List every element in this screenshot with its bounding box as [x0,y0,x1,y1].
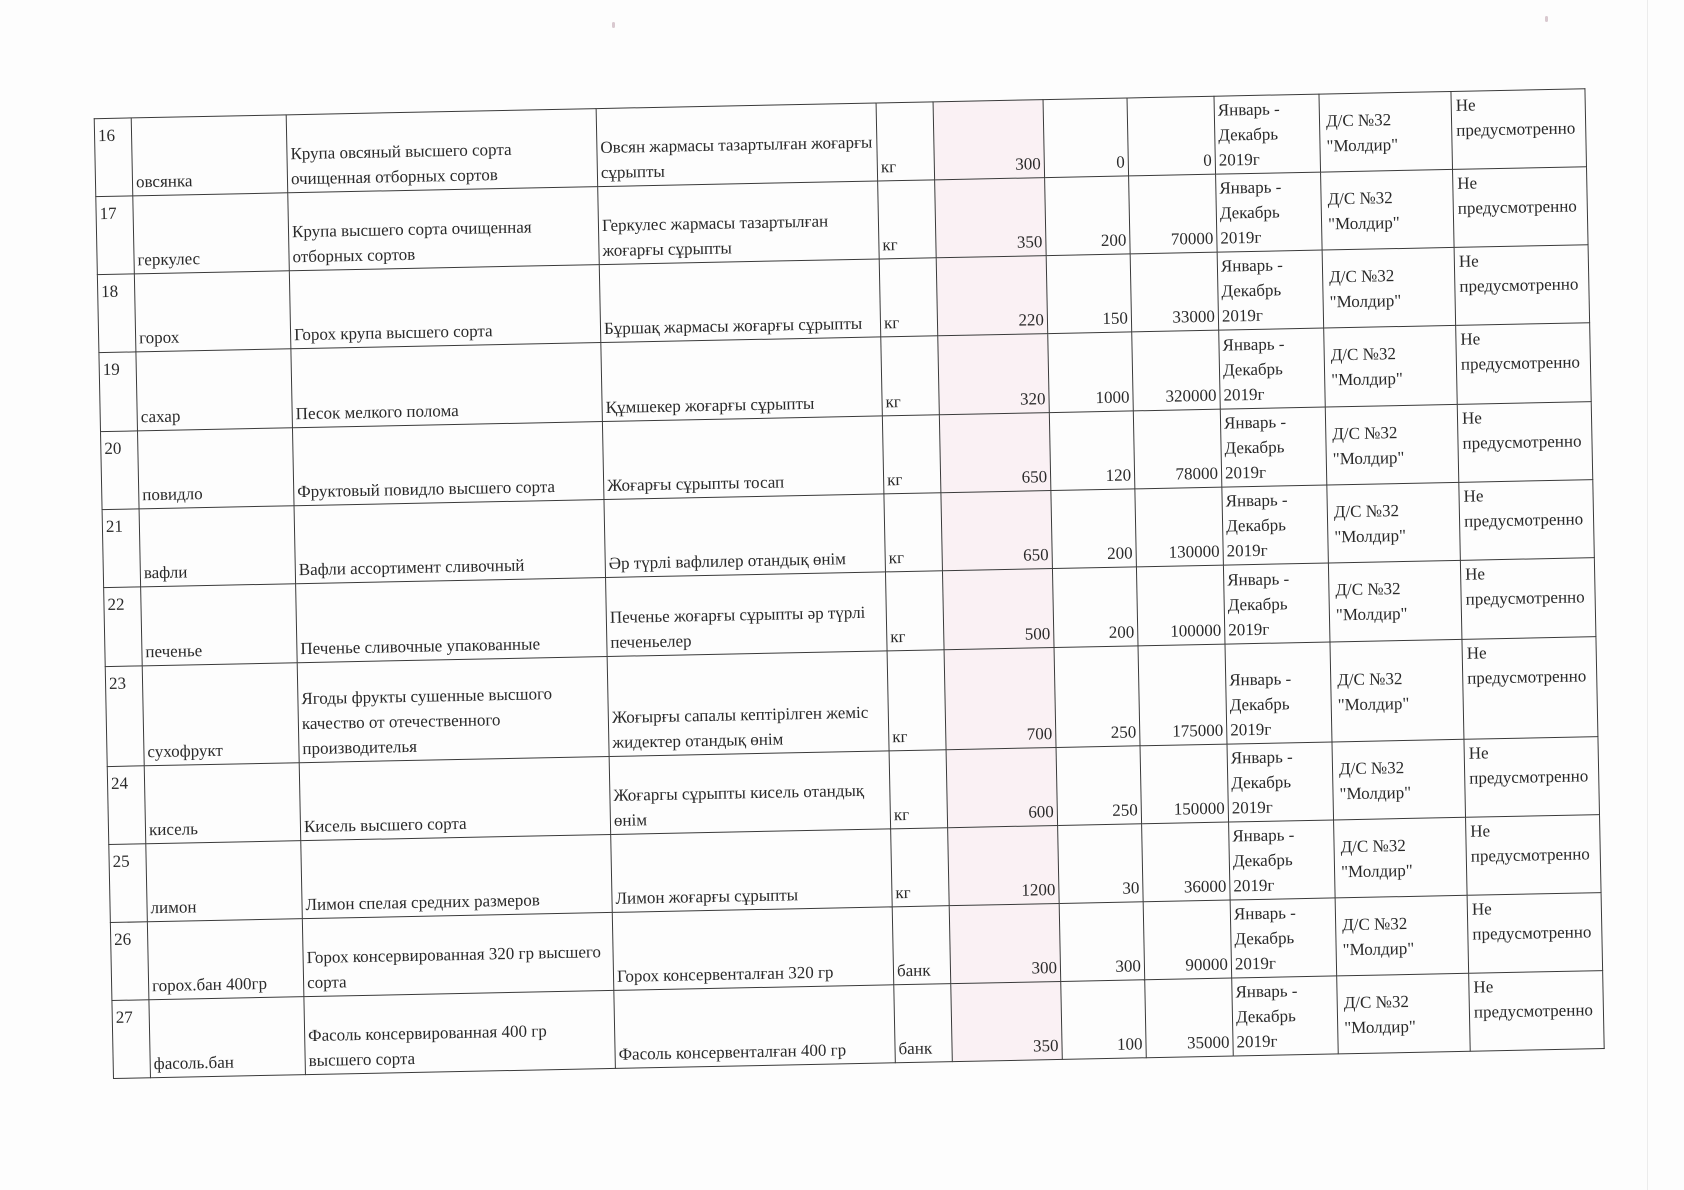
item-name-ru: Крупа овсяный высшего сорта очищенная от… [286,109,598,193]
unit: кг [887,650,946,751]
unit-price: 350 [935,178,1047,258]
item-name-ru: Фруктовый повидло высшего сорта [292,422,604,506]
item-name-kz: Геркулес жармасы тазартылған жоғарғы сұр… [598,181,880,265]
note: Не предусмотренно [1460,558,1596,640]
total-sum: 90000 [1143,900,1232,980]
unit: кг [882,415,941,494]
delivery-place: Д/С №32 "Молдир" [1330,639,1464,742]
item-name-ru: Песок мелкого полома [291,343,603,428]
note: Не предусмотренно [1467,893,1603,974]
item-name-ru: Крупа высшего сорта очищенная отборных с… [288,187,600,271]
unit: банк [892,906,951,985]
row-number: 22 [104,587,143,667]
delivery-place: Д/С №32 "Молдир" [1327,482,1461,563]
item-name-ru: Кисель высшего сорта [299,756,611,840]
item-name-kz: Фасоль консервенталған 400 гр [614,985,896,1069]
delivery-place: Д/С №32 "Молдир" [1324,325,1458,407]
delivery-period: Январь - Декабрь 2019г [1217,250,1324,330]
unit-price: 1200 [948,825,1060,905]
scan-edge [1647,0,1648,1190]
short-name: сахар [136,349,293,431]
row-number: 19 [99,352,138,432]
delivery-period: Январь - Декабрь 2019г [1225,642,1332,744]
note: Не предусмотренно [1464,737,1600,818]
total-sum: 100000 [1136,565,1225,646]
item-name-ru: Вафли ассортимент сливочный [294,500,606,584]
note: Не предусмотренно [1459,480,1595,561]
item-name-kz: Әр түрлі вафлилер отандық өнім [604,494,886,578]
unit: кг [881,336,940,416]
unit-price: 600 [946,748,1058,828]
note: Не предусмотренно [1469,971,1605,1052]
item-name-kz: Бұршақ жармасы жоғарғы сұрыпты [599,259,881,343]
quantity: 250 [1056,746,1142,826]
scan-speck [1545,16,1548,22]
short-name: горох.бан 400гр [147,919,304,1000]
note: Не предусмотренно [1457,402,1593,483]
unit-price: 220 [936,256,1048,336]
delivery-place: Д/С №32 "Молдир" [1337,973,1471,1054]
total-sum: 78000 [1133,409,1222,489]
delivery-place: Д/С №32 "Молдир" [1321,169,1455,250]
delivery-place: Д/С №32 "Молдир" [1325,404,1459,485]
delivery-period: Январь - Декабрь 2019г [1219,328,1326,409]
short-name: лимон [146,841,303,922]
delivery-period: Январь - Декабрь 2019г [1214,94,1321,174]
quantity: 0 [1043,98,1129,178]
delivery-place: Д/С №32 "Молдир" [1319,91,1453,172]
total-sum: 36000 [1142,822,1231,902]
item-name-kz: Лимон жоғарғы сұрыпты [611,829,893,913]
unit-price: 650 [939,413,1051,493]
note: Не предусмотренно [1456,323,1592,405]
quantity: 200 [1045,176,1131,256]
note: Не предусмотренно [1466,815,1602,896]
short-name: вафли [139,506,296,587]
short-name: сухофрукт [142,663,299,766]
delivery-period: Январь - Декабрь 2019г [1223,563,1330,644]
procurement-table: 16 овсянка Крупа овсяный высшего сорта о… [94,88,1605,1079]
unit-price: 300 [933,100,1045,180]
delivery-period: Январь - Декабрь 2019г [1216,172,1323,252]
total-sum: 70000 [1129,174,1218,254]
unit: кг [879,258,938,337]
item-name-kz: Жоғаргы сұрыпты кисель отандық өнім [609,751,891,835]
row-number: 25 [109,844,148,923]
unit: кг [876,102,935,181]
quantity: 30 [1058,824,1144,904]
delivery-place: Д/С №32 "Молдир" [1335,895,1469,976]
unit-price: 320 [938,334,1050,415]
short-name: кисель [144,763,301,844]
item-name-ru: Горох консервированная 320 гр высшего со… [302,912,614,996]
short-name: горох [134,271,291,352]
unit: кг [885,571,944,651]
quantity: 150 [1046,254,1132,334]
note: Не предусмотренно [1454,245,1590,326]
delivery-period: Январь - Декабрь 2019г [1230,898,1337,978]
procurement-table-container: 16 овсянка Крупа овсяный высшего сорта о… [94,88,1605,1079]
quantity: 250 [1054,646,1140,748]
quantity: 100 [1061,980,1147,1060]
row-number: 17 [96,196,135,275]
quantity: 120 [1049,411,1135,491]
short-name: печенье [141,584,298,666]
item-name-kz: Құмшекер жоғарғы сұрыпты [601,337,883,422]
note: Не предусмотренно [1462,637,1598,740]
total-sum: 35000 [1145,978,1234,1058]
row-number: 23 [105,666,144,767]
row-number: 24 [107,766,146,845]
total-sum: 175000 [1138,644,1227,746]
delivery-period: Январь - Декабрь 2019г [1220,407,1327,487]
unit-price: 650 [941,491,1053,571]
delivery-place: Д/С №32 "Молдир" [1334,817,1468,898]
short-name: овсянка [131,115,288,196]
short-name: повидло [137,428,294,509]
short-name: геркулес [133,193,290,274]
delivery-period: Январь - Декабрь 2019г [1229,820,1336,900]
row-number: 16 [94,118,133,197]
item-name-ru: Лимон спелая средних размеров [301,834,613,918]
quantity: 1000 [1048,332,1134,413]
row-number: 27 [112,1000,151,1079]
delivery-place: Д/С №32 "Молдир" [1332,739,1466,820]
item-name-kz: Печенье жоғарғы сұрыпты әр түрлі печенье… [606,572,888,657]
total-sum: 33000 [1130,252,1219,332]
unit-price: 500 [942,569,1054,650]
item-name-ru: Ягоды фрукты сушенные высшого качество о… [297,656,609,762]
unit: кг [884,493,943,572]
unit: банк [894,984,953,1063]
quantity: 200 [1051,489,1137,569]
quantity: 200 [1052,567,1138,648]
unit: кг [889,750,948,829]
delivery-period: Январь - Декабрь 2019г [1227,742,1334,822]
delivery-period: Январь - Декабрь 2019г [1222,485,1329,565]
row-number: 21 [102,509,141,588]
item-name-kz: Жоғарғы сұрыпты тосап [602,416,884,500]
delivery-period: Январь - Декабрь 2019г [1232,976,1339,1056]
quantity: 300 [1059,902,1145,982]
unit-price: 300 [949,903,1061,983]
total-sum: 0 [1127,96,1216,176]
scan-speck [612,22,615,28]
item-name-ru: Горох крупа высшего сорта [289,265,601,349]
short-name: фасоль.бан [149,997,306,1078]
total-sum: 320000 [1132,330,1221,411]
delivery-place: Д/С №32 "Молдир" [1328,560,1462,642]
row-number: 20 [101,431,140,510]
item-name-ru: Печенье сливочные упакованные [296,578,608,663]
note: Не предусмотренно [1453,167,1589,248]
note: Не предусмотренно [1451,89,1587,170]
item-name-kz: Жоғырғы сапалы кептірілген жеміс жидекте… [607,651,889,757]
row-number: 26 [110,922,149,1001]
unit: кг [878,180,937,259]
item-name-kz: Горох консервенталған 320 гр [612,907,894,991]
row-number: 18 [97,274,136,353]
unit-price: 350 [951,981,1063,1061]
delivery-place: Д/С №32 "Молдир" [1322,247,1456,328]
total-sum: 150000 [1140,744,1229,824]
item-name-kz: Овсян жармасы тазартылған жоғарғы сұрыпт… [596,103,878,187]
total-sum: 130000 [1135,487,1224,567]
unit: кг [891,828,950,907]
unit-price: 700 [944,648,1056,750]
item-name-ru: Фасоль консервированная 400 гр высшего с… [304,990,616,1074]
